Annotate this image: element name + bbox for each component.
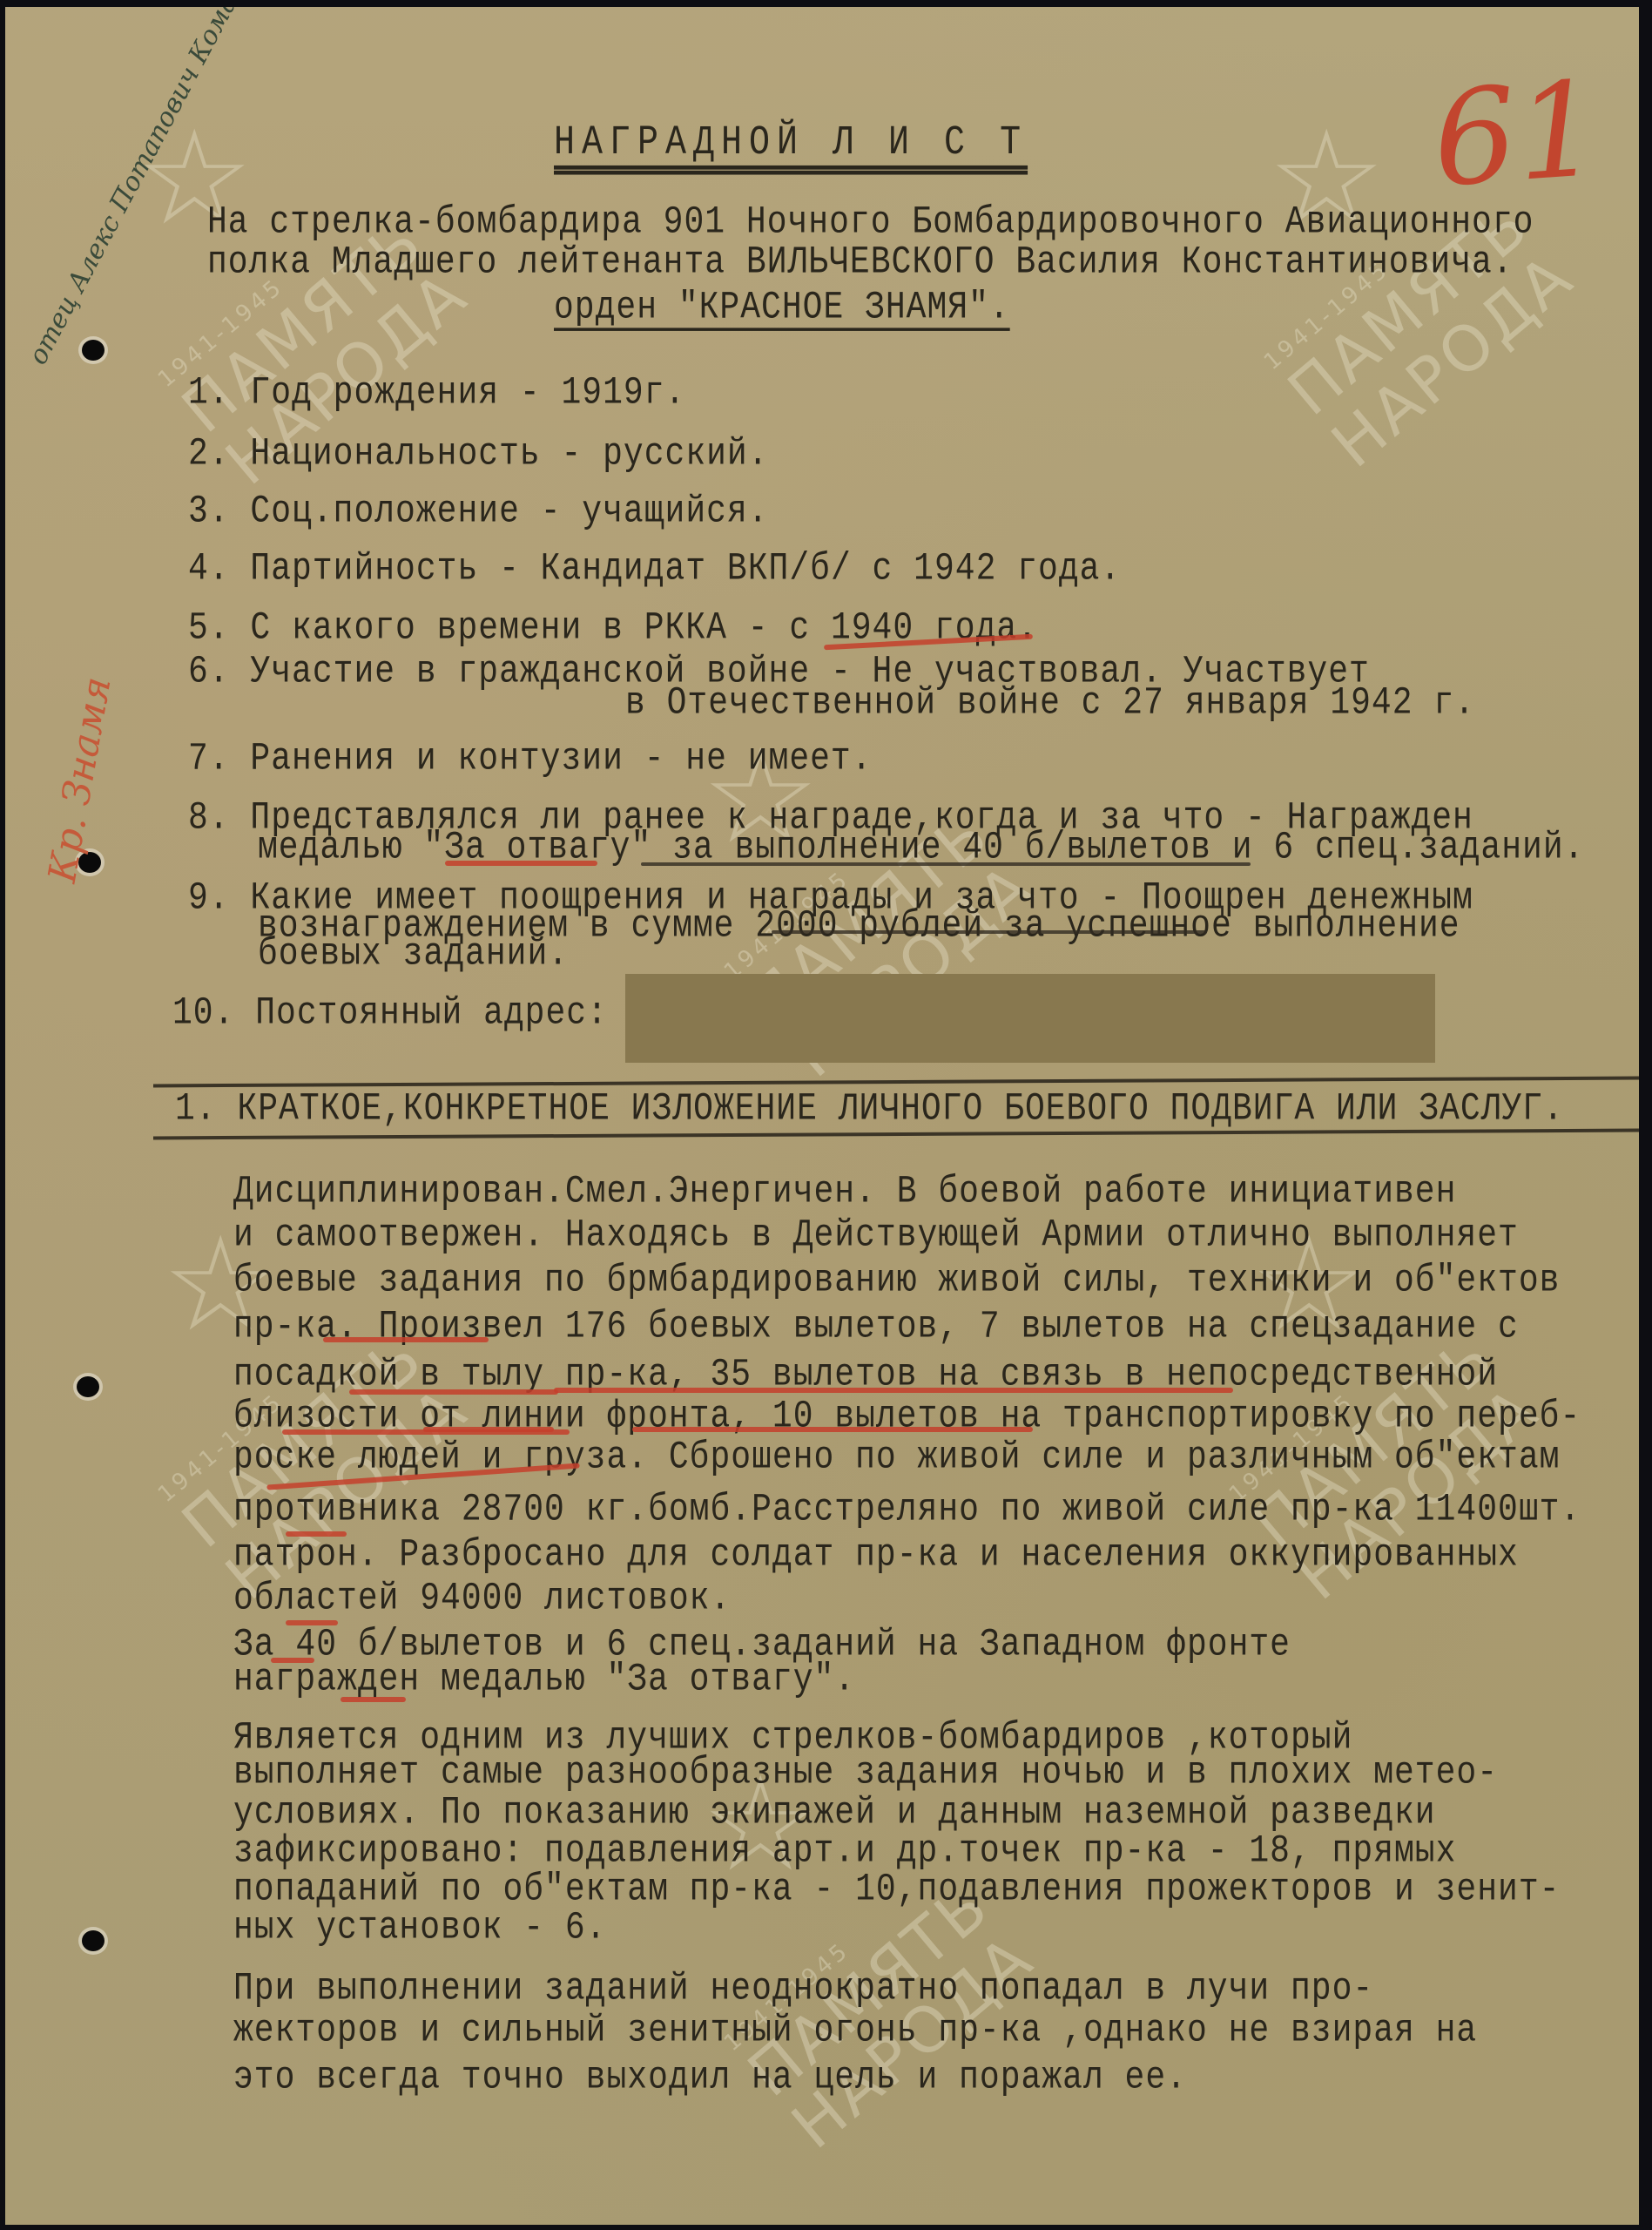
item-2: 2. Национальность - русский. xyxy=(188,432,769,476)
item-6-cont: в Отечественной войне с 27 января 1942 г… xyxy=(625,681,1475,726)
document-title: НАГРАДНОЙ Л И С Т xyxy=(554,120,1028,166)
body-line: боевые задания по брмбардированию живой … xyxy=(233,1259,1560,1303)
punch-hole xyxy=(77,1376,99,1397)
punch-hole xyxy=(82,340,105,361)
red-underline xyxy=(323,1337,489,1342)
body-line: патрон. Разбросано для солдат пр-ка и на… xyxy=(233,1533,1519,1578)
redacted-address xyxy=(625,974,1435,1063)
red-underline xyxy=(341,1697,406,1702)
red-underline xyxy=(286,1620,338,1625)
body-line: областей 94000 листовок. xyxy=(233,1577,731,1621)
red-underline xyxy=(349,1389,558,1395)
pencil-underline xyxy=(641,862,1251,866)
divider-top xyxy=(153,1077,1639,1088)
item-1: 1. Год рождения - 1919г. xyxy=(188,371,685,416)
red-underline xyxy=(271,1658,314,1663)
item-7: 7. Ранения и контузии - не имеет. xyxy=(188,737,873,781)
body-line: выполняет самые разнообразные задания но… xyxy=(233,1751,1498,1795)
body-line: При выполнении заданий неоднократно попа… xyxy=(233,1967,1373,2011)
body-line: это всегда точно выходил на цель и пораж… xyxy=(233,2056,1187,2100)
body-line: противника 28700 кг.бомб.Расстреляно по … xyxy=(233,1488,1581,1532)
item-4: 4. Партийность - Кандидат ВКП/б/ с 1942 … xyxy=(188,547,1121,591)
red-underline xyxy=(632,1427,1033,1432)
body-line: награжден медалью "За отвагу". xyxy=(233,1658,855,1702)
item-3: 3. Соц.положение - учащийся. xyxy=(188,490,769,534)
section-heading: 1. КРАТКОЕ,КОНКРЕТНОЕ ИЗЛОЖЕНИЕ ЛИЧНОГО … xyxy=(175,1087,1564,1132)
body-line: ных установок - 6. xyxy=(233,1906,606,1950)
pencil-underline xyxy=(772,930,1207,934)
award-sheet-page: ☆ 1941-1945ПАМЯТЬНАРОДА ☆ 1941-1945ПАМЯТ… xyxy=(5,7,1639,2225)
red-underline xyxy=(445,861,597,866)
page-number-handwritten: 61 xyxy=(1428,54,1605,217)
red-underline xyxy=(423,1427,554,1432)
subject-line-1: На стрелка-бомбардира 901 Ночного Бомбар… xyxy=(207,200,1534,245)
body-line: Дисциплинирован.Смел.Энергичен. В боевой… xyxy=(233,1170,1456,1214)
body-line: пр-ка. Произвел 176 боевых вылетов, 7 вы… xyxy=(233,1305,1519,1349)
item-9-cont-2: боевых заданий. xyxy=(258,932,569,976)
punch-hole xyxy=(82,1930,105,1951)
item-10: 10. Постоянный адрес: xyxy=(172,991,608,1036)
red-underline xyxy=(554,1388,1233,1393)
body-line: и самоотвержен. Находясь в Действующей А… xyxy=(233,1213,1519,1258)
red-underline xyxy=(286,1531,347,1537)
order-name: орден "КРАСНОЕ ЗНАМЯ". xyxy=(554,286,1010,330)
subject-line-2: полка Младшего лейтенанта ВИЛЬЧЕВСКОГО В… xyxy=(207,240,1514,285)
margin-note-red: Кр. Знамя xyxy=(40,673,120,886)
body-line: жекторов и сильный зенитный огонь пр-ка … xyxy=(233,2009,1477,2053)
